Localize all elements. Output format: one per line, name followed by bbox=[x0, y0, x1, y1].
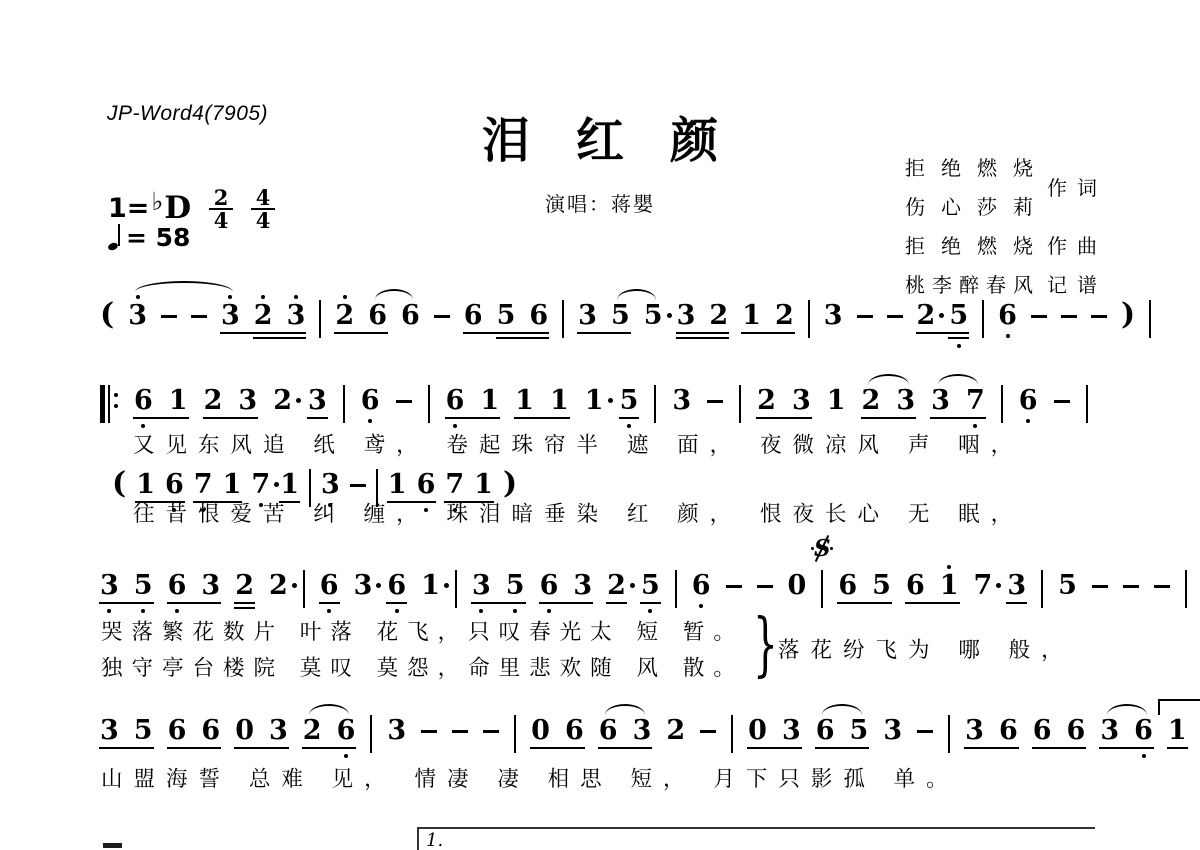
note-digit: 3 bbox=[965, 717, 984, 745]
tempo-marking: = 58 bbox=[108, 222, 190, 252]
note-2: 2 bbox=[607, 562, 626, 600]
note-digit: 3 bbox=[221, 302, 240, 330]
octave-dot-low bbox=[395, 609, 399, 613]
octave-dot-low bbox=[648, 609, 652, 613]
note-digit: 3 bbox=[792, 387, 811, 415]
notation-line-intro-line: (332326665635532123256) bbox=[100, 292, 1151, 338]
beam-underline bbox=[747, 747, 802, 749]
note-digit: 5 bbox=[644, 302, 663, 330]
augmentation-dot bbox=[939, 313, 944, 318]
note-5: 5 bbox=[506, 562, 525, 600]
duration-dash bbox=[1123, 585, 1139, 588]
slur-arc bbox=[605, 704, 645, 715]
note-digit: 6 bbox=[165, 471, 184, 499]
note-digit: 6 bbox=[599, 717, 618, 745]
slur-arc bbox=[617, 289, 656, 300]
beam-underline bbox=[302, 747, 357, 749]
note-3: 3 bbox=[308, 377, 327, 415]
note-3: 3 bbox=[782, 707, 801, 745]
barline bbox=[562, 300, 564, 338]
note-digit: 3 bbox=[573, 572, 592, 600]
barline bbox=[455, 570, 457, 608]
beam-underline bbox=[1099, 747, 1154, 749]
beam-underline bbox=[99, 602, 154, 604]
beam-underline bbox=[948, 337, 969, 339]
note-digit: 3 bbox=[1100, 717, 1119, 745]
note-digit: 0 bbox=[748, 717, 767, 745]
ts-numerator: 2 bbox=[214, 188, 229, 207]
note-digit: 5 bbox=[850, 717, 869, 745]
barline bbox=[514, 715, 516, 753]
note-7: 7 bbox=[251, 461, 270, 499]
note-digit: 6 bbox=[168, 572, 187, 600]
lyric-line: 落花纷飞为 哪 般， bbox=[778, 633, 1074, 664]
parenthesis: ) bbox=[1121, 298, 1135, 332]
note-digit: 7 bbox=[251, 471, 270, 499]
time-signature-4-4: 44 bbox=[251, 188, 275, 231]
note-digit: 6 bbox=[1134, 717, 1153, 745]
note-1: 1 bbox=[940, 562, 959, 600]
beam-underline bbox=[234, 607, 255, 609]
duration-dash bbox=[857, 315, 873, 318]
note-1: 1 bbox=[480, 377, 499, 415]
note-digit: 2 bbox=[273, 387, 292, 415]
lyric-line: 又见东风追 纸 鸢， 卷起珠帘半 遮 面， 夜微凉风 声 咽， bbox=[133, 428, 1023, 459]
note-1: 1 bbox=[515, 377, 534, 415]
note-digit: 5 bbox=[872, 572, 891, 600]
barline bbox=[731, 715, 733, 753]
note-digit: 2 bbox=[269, 572, 288, 600]
octave-dot-low bbox=[1142, 754, 1146, 758]
duration-dash bbox=[757, 585, 773, 588]
note-7: 7 bbox=[974, 562, 993, 600]
augmentation-dot bbox=[667, 313, 672, 318]
ts-denominator: 4 bbox=[256, 211, 271, 230]
note-digit: 6 bbox=[387, 572, 406, 600]
beam-underline bbox=[598, 747, 653, 749]
barline bbox=[675, 570, 677, 608]
beam-underline bbox=[253, 337, 307, 339]
note-digit: 3 bbox=[238, 387, 257, 415]
duration-dash bbox=[191, 315, 207, 318]
note-6: 6 bbox=[446, 377, 465, 415]
note-3: 3 bbox=[100, 562, 119, 600]
note-digit: 6 bbox=[168, 717, 187, 745]
octave-dot-low bbox=[547, 609, 551, 613]
note-6: 6 bbox=[417, 461, 436, 499]
note-3: 3 bbox=[573, 562, 592, 600]
beam-underline bbox=[1006, 602, 1027, 604]
note-digit: 6 bbox=[134, 387, 153, 415]
duration-dash bbox=[421, 730, 437, 733]
notation-line-final-line: 35660326306632036533666361 bbox=[100, 707, 1200, 753]
augmentation-dot bbox=[996, 583, 1001, 588]
note-2: 2 bbox=[775, 292, 794, 330]
cutoff-mark bbox=[103, 843, 122, 848]
notation-line-chorus-line: 3563226361356325606561735S bbox=[100, 562, 1187, 608]
beam-underline bbox=[905, 602, 960, 604]
augmentation-dot bbox=[444, 583, 449, 588]
barline bbox=[1149, 300, 1151, 338]
barline bbox=[370, 715, 372, 753]
note-5: 5 bbox=[949, 292, 968, 330]
note-1: 1 bbox=[169, 377, 188, 415]
note-2: 2 bbox=[917, 292, 936, 330]
note-digit: 0 bbox=[531, 717, 550, 745]
note-6: 6 bbox=[540, 562, 559, 600]
credits-block: 拒绝燃烧伤心莎莉作词拒绝燃烧作曲桃李醉春风记谱 bbox=[905, 152, 1097, 298]
note-digit: 1 bbox=[169, 387, 188, 415]
beam-underline bbox=[530, 747, 585, 749]
beam-underline bbox=[167, 602, 222, 604]
beam-underline bbox=[445, 417, 501, 419]
note-digit: 0 bbox=[788, 572, 807, 600]
note-2: 2 bbox=[269, 562, 288, 600]
note-digit: 2 bbox=[254, 302, 273, 330]
note-6: 6 bbox=[168, 562, 187, 600]
note-digit: 6 bbox=[565, 717, 584, 745]
note-digit: 6 bbox=[1019, 387, 1038, 415]
note-3: 3 bbox=[1007, 562, 1026, 600]
note-2: 2 bbox=[757, 377, 776, 415]
beam-underline bbox=[307, 417, 328, 419]
note-2: 2 bbox=[335, 292, 354, 330]
beam-underline bbox=[930, 417, 986, 419]
beam-underline bbox=[234, 602, 255, 604]
note-5: 5 bbox=[620, 377, 639, 415]
note-3: 3 bbox=[238, 377, 257, 415]
note-digit: 6 bbox=[446, 387, 465, 415]
beam-underline bbox=[234, 747, 289, 749]
note-3: 3 bbox=[128, 292, 147, 330]
note-3: 3 bbox=[792, 377, 811, 415]
note-digit: 3 bbox=[201, 572, 220, 600]
credit-role: 作词 bbox=[1047, 172, 1097, 201]
slur-arc bbox=[822, 704, 862, 715]
duration-dash bbox=[1031, 315, 1047, 318]
note-3: 3 bbox=[287, 292, 306, 330]
note-1: 1 bbox=[280, 461, 299, 499]
note-digit: 3 bbox=[308, 387, 327, 415]
lyric-line: 山盟海誓 总难 见， 情凄 凄 相思 短， 月下只影孤 单。 bbox=[101, 762, 959, 793]
barline bbox=[654, 385, 656, 423]
barline bbox=[303, 570, 305, 608]
note-6: 6 bbox=[134, 377, 153, 415]
note-digit: 3 bbox=[387, 717, 406, 745]
octave-dot-low bbox=[344, 754, 348, 758]
note-digit: 6 bbox=[540, 572, 559, 600]
beam-underline bbox=[640, 602, 661, 604]
beam-underline bbox=[741, 332, 795, 334]
augmentation-dot bbox=[608, 398, 613, 403]
beam-underline bbox=[1167, 747, 1188, 749]
duration-dash bbox=[1154, 585, 1170, 588]
note-digit: 1 bbox=[223, 471, 242, 499]
note-digit: 2 bbox=[235, 572, 254, 600]
note-digit: 1 bbox=[1168, 717, 1187, 745]
note-digit: 2 bbox=[757, 387, 776, 415]
note-digit: 3 bbox=[883, 717, 902, 745]
note-digit: 5 bbox=[497, 302, 516, 330]
note-3: 3 bbox=[824, 292, 843, 330]
beam-underline bbox=[539, 602, 594, 604]
octave-dot-low bbox=[957, 344, 961, 348]
beam-underline bbox=[167, 747, 222, 749]
duration-dash bbox=[161, 315, 177, 318]
credit-name: 拒绝燃烧 bbox=[905, 152, 1033, 181]
note-6: 6 bbox=[999, 707, 1018, 745]
note-6: 6 bbox=[361, 377, 380, 415]
note-digit: 5 bbox=[641, 572, 660, 600]
credit-role: 作曲 bbox=[1047, 230, 1097, 259]
note-1: 1 bbox=[550, 377, 569, 415]
lyrics-brace: } bbox=[753, 610, 778, 680]
note-digit: 5 bbox=[134, 717, 153, 745]
note-1: 1 bbox=[742, 292, 761, 330]
note-1: 1 bbox=[388, 461, 407, 499]
note-5: 5 bbox=[641, 562, 660, 600]
beam-underline bbox=[815, 747, 870, 749]
beam-underline bbox=[676, 337, 730, 339]
note-digit: 2 bbox=[709, 302, 728, 330]
barline bbox=[982, 300, 984, 338]
note-digit: 6 bbox=[368, 302, 387, 330]
note-digit: 3 bbox=[100, 572, 119, 600]
octave-dot-low bbox=[1026, 419, 1030, 423]
note-6: 6 bbox=[998, 292, 1017, 330]
slur-arc bbox=[868, 374, 909, 385]
note-digit: 7 bbox=[974, 572, 993, 600]
note-digit: 3 bbox=[931, 387, 950, 415]
beam-underline bbox=[133, 417, 189, 419]
segno-icon: S bbox=[813, 536, 831, 562]
note-digit: 1 bbox=[421, 572, 440, 600]
note-digit: 6 bbox=[201, 717, 220, 745]
lyric-line: 往昔恨爱苦 纠 缠， 珠泪暗垂染 红 颜， 恨夜长心 无 眠， bbox=[133, 497, 1023, 528]
key-tonic: D bbox=[164, 190, 191, 226]
note-6: 6 bbox=[1019, 377, 1038, 415]
note-digit: 1 bbox=[480, 387, 499, 415]
duration-dash bbox=[350, 484, 366, 487]
barline bbox=[1001, 385, 1003, 423]
note-digit: 6 bbox=[337, 717, 356, 745]
volta-label: 1. bbox=[426, 830, 443, 850]
note-digit: 3 bbox=[633, 717, 652, 745]
note-6: 6 bbox=[1033, 707, 1052, 745]
parenthesis: ( bbox=[112, 467, 126, 501]
lyric-line: 独守亭台楼院 莫叹 莫怨，命里悲欢随 风 散。 bbox=[101, 651, 744, 682]
note-6: 6 bbox=[1067, 707, 1086, 745]
note-digit: 1 bbox=[136, 471, 155, 499]
note-digit: 5 bbox=[620, 387, 639, 415]
first-ending-start bbox=[1158, 699, 1200, 715]
tempo-value: = 58 bbox=[126, 223, 190, 252]
parenthesis: ) bbox=[503, 467, 517, 501]
note-2: 2 bbox=[273, 377, 292, 415]
octave-dot-low bbox=[368, 419, 372, 423]
note-digit: 3 bbox=[677, 302, 696, 330]
note-digit: 6 bbox=[417, 471, 436, 499]
note-0: 0 bbox=[235, 707, 254, 745]
note-3: 3 bbox=[201, 562, 220, 600]
note-digit: 3 bbox=[269, 717, 288, 745]
credit-name: 伤心莎莉 bbox=[905, 191, 1033, 220]
note-digit: 7 bbox=[966, 387, 985, 415]
credit-group: 拒绝燃烧作曲 bbox=[905, 230, 1097, 259]
note-digit: 3 bbox=[100, 717, 119, 745]
note-digit: 1 bbox=[515, 387, 534, 415]
beam-underline bbox=[756, 417, 812, 419]
note-digit: 2 bbox=[775, 302, 794, 330]
note-1: 1 bbox=[223, 461, 242, 499]
beam-underline bbox=[334, 332, 388, 334]
note-5: 5 bbox=[497, 292, 516, 330]
note-0: 0 bbox=[748, 707, 767, 745]
note-digit: 6 bbox=[692, 572, 711, 600]
note-0: 0 bbox=[531, 707, 550, 745]
barline bbox=[428, 385, 430, 423]
note-digit: 3 bbox=[824, 302, 843, 330]
note-1: 1 bbox=[421, 562, 440, 600]
credit-name: 拒绝燃烧 bbox=[905, 230, 1033, 259]
augmentation-dot bbox=[296, 398, 301, 403]
octave-dot-low bbox=[175, 609, 179, 613]
note-digit: 5 bbox=[1058, 572, 1077, 600]
augmentation-dot bbox=[630, 583, 635, 588]
note-6: 6 bbox=[529, 292, 548, 330]
slur-arc bbox=[375, 289, 414, 300]
repeat-start-sign bbox=[100, 385, 118, 423]
note-digit: 1 bbox=[585, 387, 604, 415]
note-6: 6 bbox=[838, 562, 857, 600]
note-digit: 3 bbox=[321, 471, 340, 499]
duration-dash bbox=[452, 730, 468, 733]
note-6: 6 bbox=[906, 562, 925, 600]
beam-underline bbox=[837, 602, 892, 604]
note-digit: 5 bbox=[949, 302, 968, 330]
note-3: 3 bbox=[321, 461, 340, 499]
slur-arc bbox=[135, 281, 234, 292]
barline bbox=[1041, 570, 1043, 608]
barline bbox=[1185, 570, 1187, 608]
note-digit: 6 bbox=[464, 302, 483, 330]
note-digit: 3 bbox=[354, 572, 373, 600]
note-digit: 5 bbox=[134, 572, 153, 600]
note-3: 3 bbox=[354, 562, 373, 600]
beam-underline bbox=[471, 602, 526, 604]
note-3: 3 bbox=[965, 707, 984, 745]
duration-dash bbox=[1061, 315, 1077, 318]
octave-dot-low bbox=[107, 609, 111, 613]
duration-dash bbox=[700, 730, 716, 733]
notation-line-verse-line-1: 6123236611115323123376 bbox=[100, 377, 1088, 423]
note-digit: 1 bbox=[550, 387, 569, 415]
barline bbox=[319, 300, 321, 338]
slur-arc bbox=[309, 704, 349, 715]
duration-dash bbox=[726, 585, 742, 588]
note-digit: 2 bbox=[204, 387, 223, 415]
beam-underline bbox=[676, 332, 730, 334]
note-digit: 5 bbox=[506, 572, 525, 600]
barline bbox=[821, 570, 823, 608]
beam-underline bbox=[203, 417, 259, 419]
note-digit: 2 bbox=[666, 717, 685, 745]
beam-underline bbox=[319, 602, 340, 604]
note-5: 5 bbox=[134, 562, 153, 600]
first-ending-bracket: 1. bbox=[417, 827, 1095, 850]
note-digit: 6 bbox=[906, 572, 925, 600]
augmentation-dot bbox=[274, 482, 279, 487]
barline bbox=[343, 385, 345, 423]
note-2: 2 bbox=[709, 292, 728, 330]
beam-underline bbox=[514, 417, 570, 419]
note-5: 5 bbox=[872, 562, 891, 600]
note-digit: 3 bbox=[1007, 572, 1026, 600]
note-3: 3 bbox=[677, 292, 696, 330]
beam-underline bbox=[916, 332, 970, 334]
note-digit: 2 bbox=[303, 717, 322, 745]
note-digit: 2 bbox=[862, 387, 881, 415]
note-digit: 6 bbox=[529, 302, 548, 330]
beam-underline bbox=[1032, 747, 1087, 749]
augmentation-dot bbox=[292, 583, 297, 588]
octave-dot-low bbox=[1006, 334, 1010, 338]
beam-underline bbox=[861, 417, 917, 419]
beam-underline bbox=[964, 747, 1019, 749]
note-digit: 1 bbox=[827, 387, 846, 415]
duration-dash bbox=[917, 730, 933, 733]
note-digit: 0 bbox=[235, 717, 254, 745]
octave-dot-low bbox=[513, 609, 517, 613]
beam-underline bbox=[606, 602, 627, 604]
octave-dot-low bbox=[141, 609, 145, 613]
note-2: 2 bbox=[204, 377, 223, 415]
beam-underline bbox=[386, 602, 407, 604]
note-digit: 6 bbox=[401, 302, 420, 330]
ts-denominator: 4 bbox=[214, 211, 229, 230]
duration-dash bbox=[1092, 585, 1108, 588]
note-digit: 6 bbox=[816, 717, 835, 745]
note-digit: 6 bbox=[361, 387, 380, 415]
note-5: 5 bbox=[1058, 562, 1077, 600]
note-1: 1 bbox=[827, 377, 846, 415]
note-digit: 6 bbox=[999, 717, 1018, 745]
note-digit: 3 bbox=[672, 387, 691, 415]
note-digit: 2 bbox=[917, 302, 936, 330]
beam-underline bbox=[577, 332, 631, 334]
lyric-line: 哭落繁花数片 叶落 花飞，只叹春光太 短 暂。 bbox=[101, 615, 744, 646]
note-digit: 3 bbox=[782, 717, 801, 745]
note-digit: 6 bbox=[320, 572, 339, 600]
slur-arc bbox=[938, 374, 979, 385]
barline bbox=[948, 715, 950, 753]
note-digit: 6 bbox=[838, 572, 857, 600]
note-digit: 1 bbox=[388, 471, 407, 499]
barline bbox=[739, 385, 741, 423]
note-3: 3 bbox=[472, 562, 491, 600]
note-0: 0 bbox=[788, 562, 807, 600]
note-digit: 3 bbox=[287, 302, 306, 330]
octave-dot-low bbox=[699, 604, 703, 608]
beam-underline bbox=[619, 417, 640, 419]
note-6: 6 bbox=[464, 292, 483, 330]
note-digit: 7 bbox=[194, 471, 213, 499]
duration-dash bbox=[483, 730, 499, 733]
note-6: 6 bbox=[168, 707, 187, 745]
note-digit: 2 bbox=[335, 302, 354, 330]
ts-numerator: 4 bbox=[256, 188, 271, 207]
flat-sign-icon: ♭ bbox=[151, 187, 163, 216]
